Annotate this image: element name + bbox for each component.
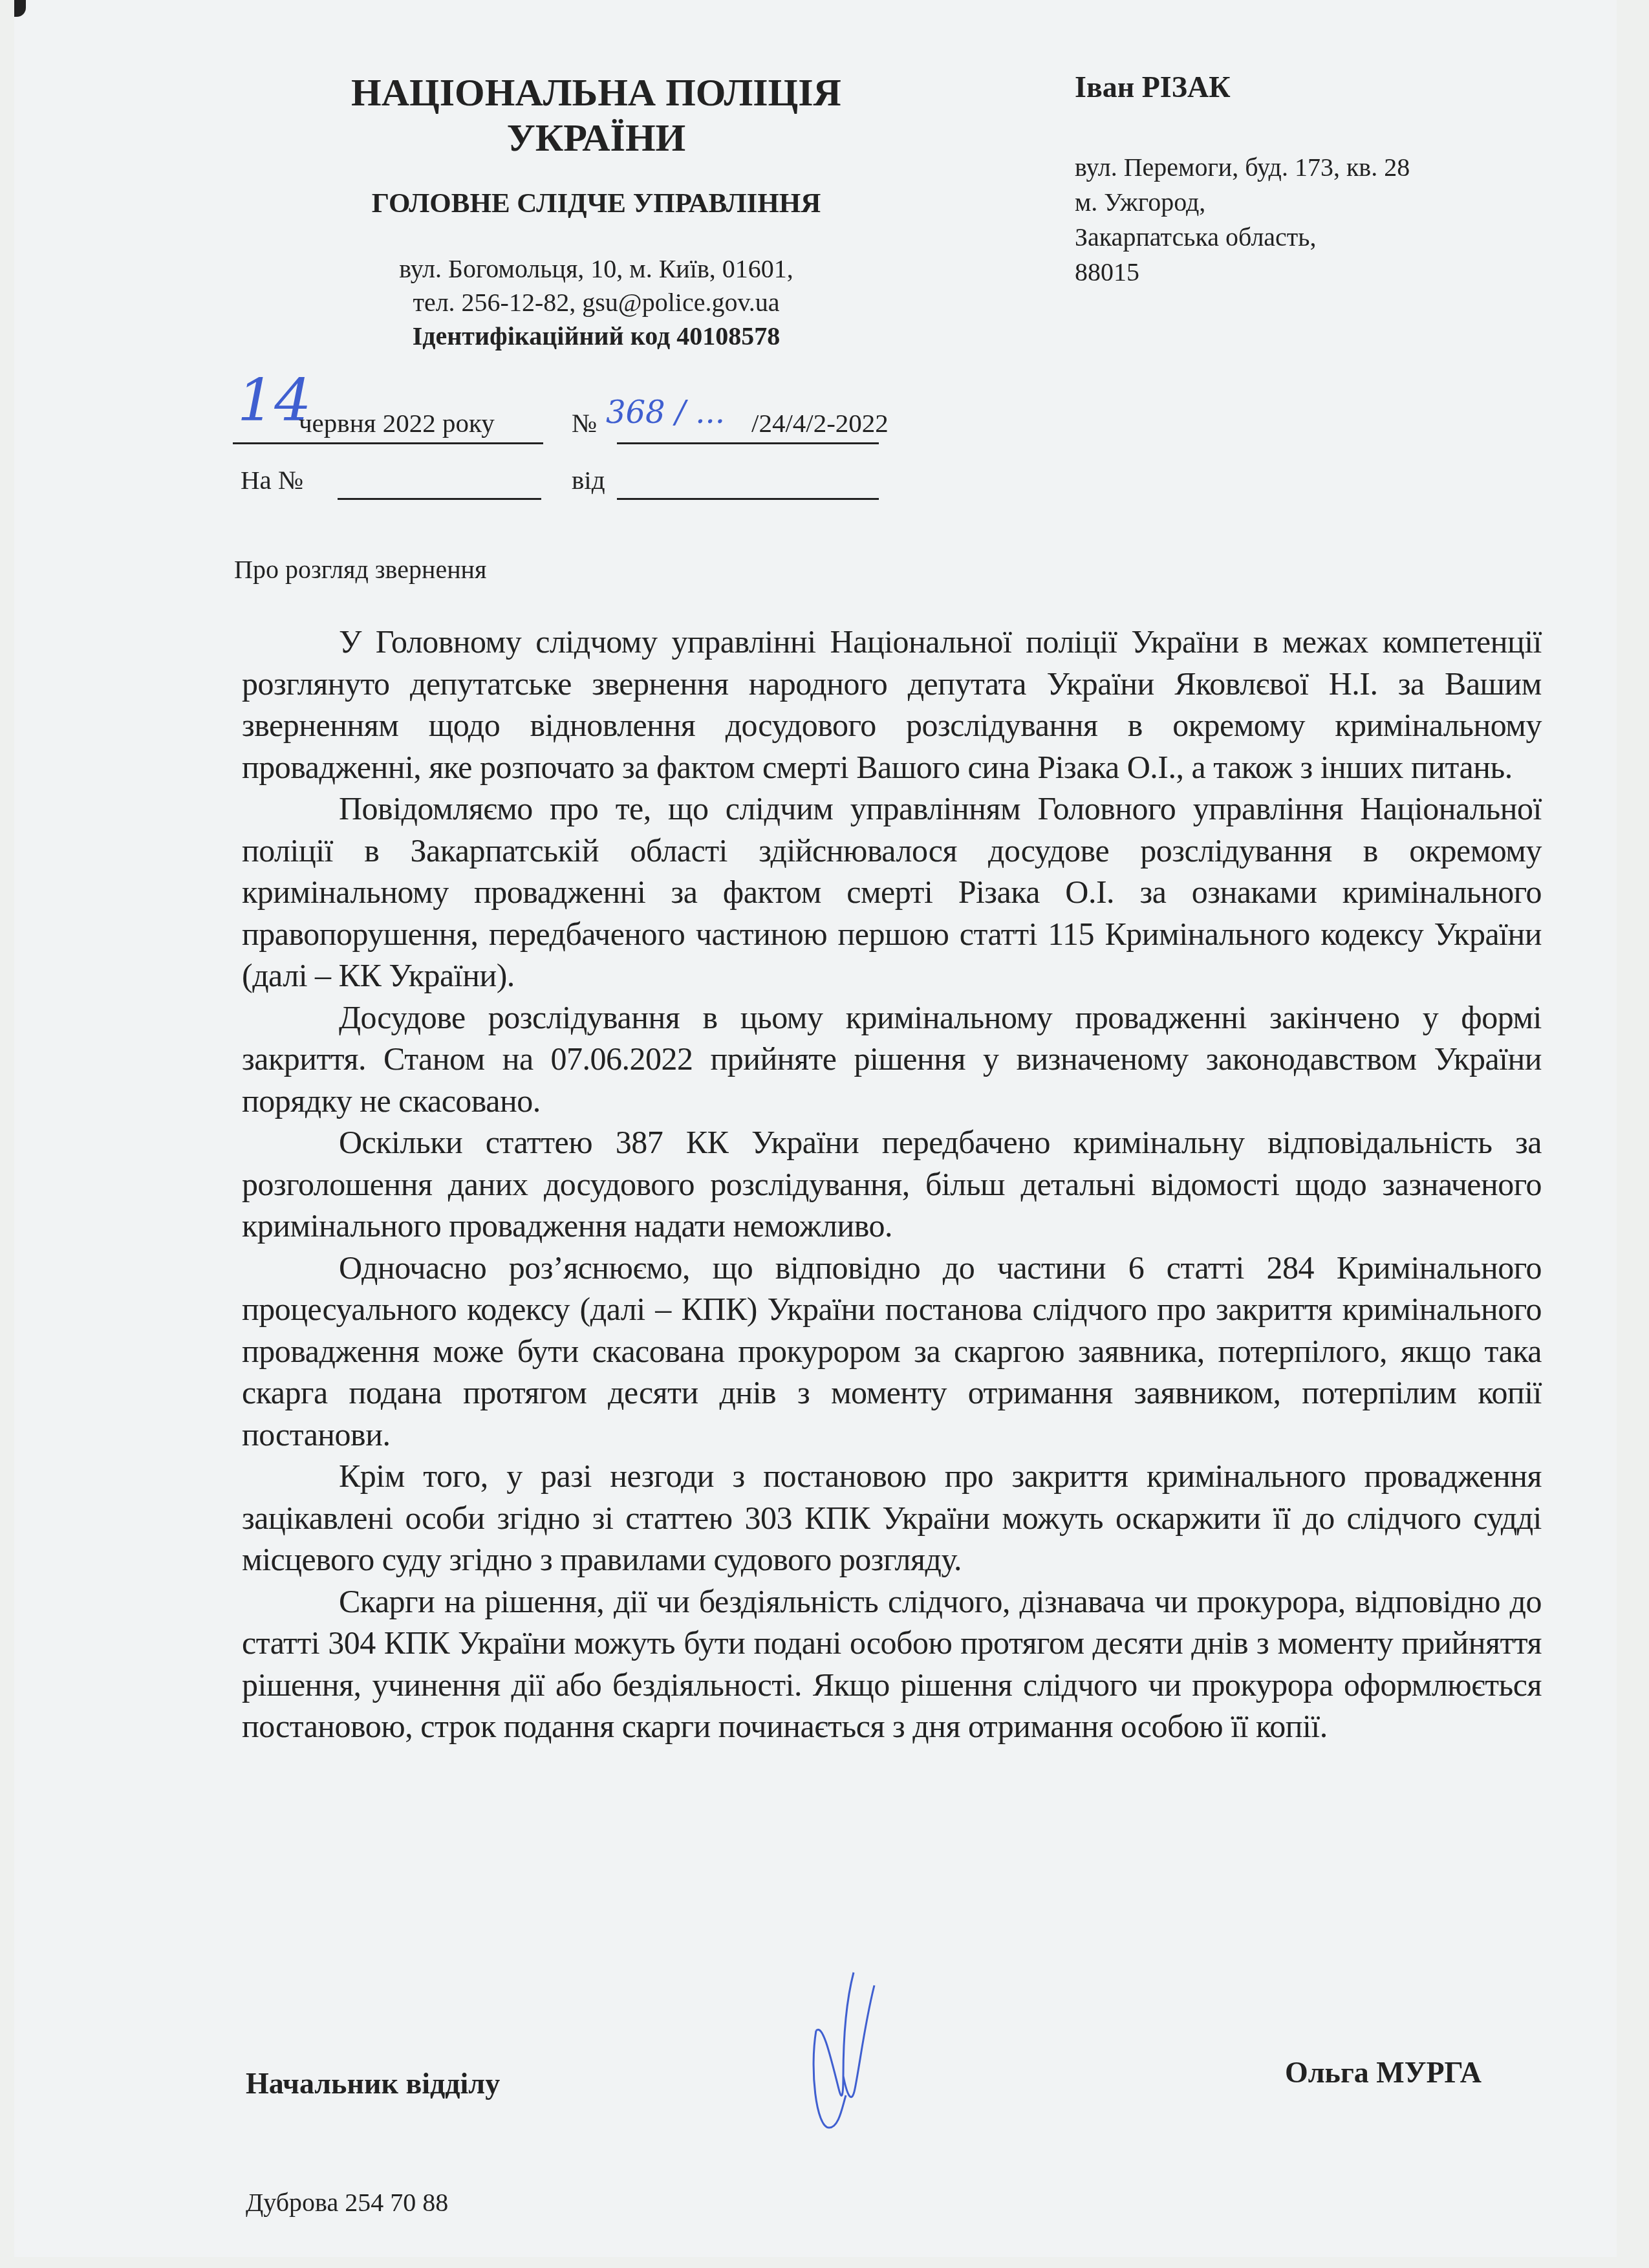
recipient-name: Іван РІЗАК <box>1075 70 1231 104</box>
department-title: ГОЛОВНЕ СЛІДЧЕ УПРАВЛІННЯ <box>292 188 900 219</box>
organization-line-2: УКРАЇНИ <box>292 115 900 160</box>
signatory-title: Начальник відділу <box>246 2066 500 2101</box>
handwritten-number: 368 / ... <box>606 394 725 431</box>
handwritten-signature-icon <box>803 1966 932 2134</box>
number-underline <box>617 442 879 444</box>
signatory-name: Ольга МУРГА <box>1285 2055 1482 2090</box>
number-prefix: № <box>572 407 597 438</box>
body-paragraph: У Головному слідчому управлінні Націонал… <box>242 621 1542 788</box>
reply-to-label: На № <box>241 464 303 495</box>
scan-edge-mark <box>14 0 26 17</box>
letter-page: НАЦІОНАЛЬНА ПОЛІЦІЯ УКРАЇНИ ГОЛОВНЕ СЛІД… <box>14 0 1617 2257</box>
body-paragraph: Повідомляємо про те, що слідчим управлін… <box>242 788 1542 997</box>
sender-id-code: Ідентифікаційний код 40108578 <box>292 319 900 353</box>
body-paragraph: Досудове розслідування в цьому криміналь… <box>242 997 1542 1122</box>
number-suffix: /24/4/2-2022 <box>751 407 889 438</box>
sender-contacts: тел. 256-12-82, gsu@police.gov.ua <box>292 286 900 319</box>
body-paragraph: Одночасно роз’яснюємо, що відповідно до … <box>242 1247 1542 1456</box>
recipient-address-line: Закарпатська область, <box>1075 220 1410 255</box>
from-label: від <box>572 464 605 495</box>
body-paragraph: Скарги на рішення, дії чи бездіяльність … <box>242 1581 1542 1747</box>
sender-address-line-1: вул. Богомольця, 10, м. Київ, 01601, <box>292 252 900 286</box>
recipient-address-line: 88015 <box>1075 255 1410 290</box>
organization-title: НАЦІОНАЛЬНА ПОЛІЦІЯ УКРАЇНИ <box>292 70 900 160</box>
reply-to-underline <box>338 498 541 500</box>
recipient-address: вул. Перемоги, буд. 173, кв. 28 м. Ужгор… <box>1075 150 1410 290</box>
body-paragraph: Крім того, у разі незгоди з постановою п… <box>242 1455 1542 1581</box>
recipient-address-line: м. Ужгород, <box>1075 185 1410 220</box>
from-underline <box>617 498 879 500</box>
body-paragraph: Оскільки статтею 387 КК України передбач… <box>242 1121 1542 1247</box>
organization-line-1: НАЦІОНАЛЬНА ПОЛІЦІЯ <box>292 70 900 115</box>
date-month-year: червня 2022 року <box>299 407 495 438</box>
date-underline <box>233 442 543 444</box>
letter-body: У Головному слідчому управлінні Націонал… <box>242 621 1542 1747</box>
recipient-address-line: вул. Перемоги, буд. 173, кв. 28 <box>1075 150 1410 185</box>
executor-contact: Дуброва 254 70 88 <box>246 2187 448 2218</box>
subject-line: Про розгляд звернення <box>234 554 486 585</box>
sender-address: вул. Богомольця, 10, м. Київ, 01601, тел… <box>292 252 900 353</box>
